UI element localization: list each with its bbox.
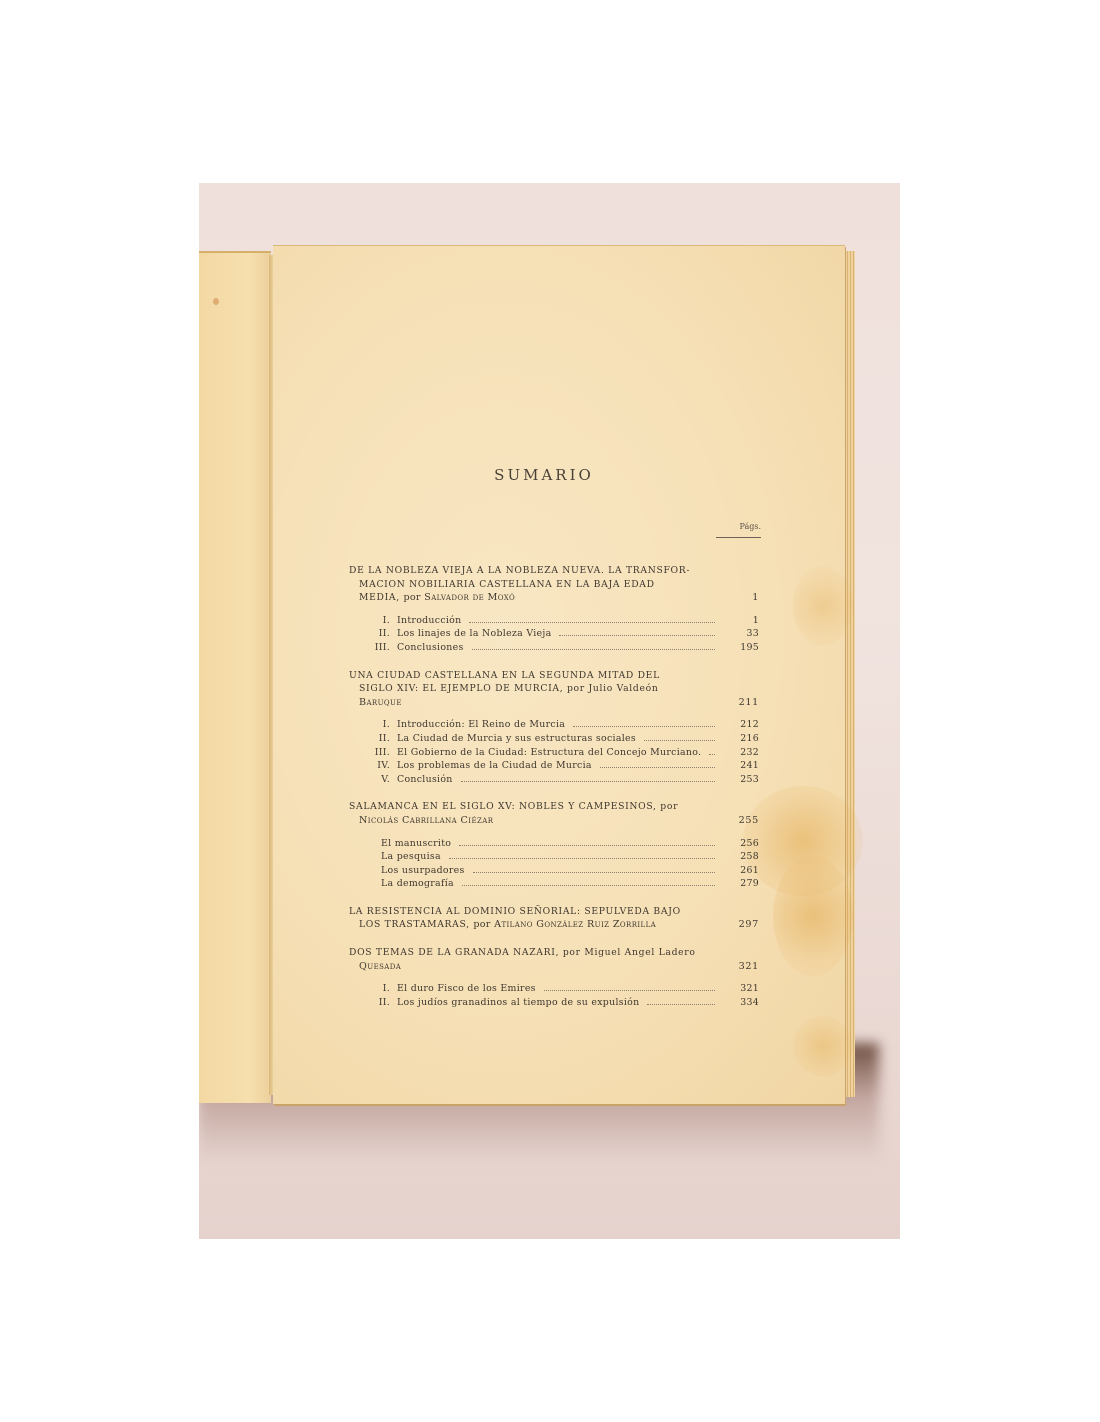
section-row: La demografía279 <box>349 877 759 891</box>
leader-dots <box>644 740 715 741</box>
pages-column-header: Págs. <box>716 522 761 538</box>
por-word: por <box>473 919 490 930</box>
stain-spot <box>213 298 219 305</box>
page-title: SUMARIO <box>329 466 759 484</box>
section-numeral: IV. <box>349 759 397 773</box>
section-numeral: II. <box>349 996 397 1010</box>
section-list: El manuscrito256La pesquisa258Los usurpa… <box>349 837 759 891</box>
por-word: por <box>404 592 421 603</box>
entry-last-line: LOS TRASTAMARAS, por Atilano González Ru… <box>349 918 715 932</box>
entry-title-line: LA RESISTENCIA AL DOMINIO SEÑORIAL: SEPU… <box>349 905 715 919</box>
section-page-number: 1 <box>723 614 759 628</box>
right-page: SUMARIO Págs. DE LA NOBLEZA VIEJA A LA N… <box>273 245 845 1104</box>
section-numeral: V. <box>349 773 397 787</box>
entry-last-line: Quesada <box>349 960 715 974</box>
section-row: I.Introducción: El Reino de Murcia212 <box>349 718 759 732</box>
section-page-number: 33 <box>723 627 759 641</box>
section-page-number: 232 <box>723 746 759 760</box>
section-row: I.El duro Fisco de los Emires321 <box>349 982 759 996</box>
entry-title-end: MEDIA, <box>359 592 400 603</box>
entry-title-line: MACION NOBILIARIA CASTELLANA EN LA BAJA … <box>349 578 715 592</box>
book-photo: SUMARIO Págs. DE LA NOBLEZA VIEJA A LA N… <box>199 183 900 1239</box>
section-title: La Ciudad de Murcia y sus estructuras so… <box>397 732 636 746</box>
entry-heading: UNA CIUDAD CASTELLANA EN LA SEGUNDA MITA… <box>349 669 759 710</box>
section-row: V.Conclusión253 <box>349 773 759 787</box>
section-page-number: 258 <box>723 850 759 864</box>
toc-entries: DE LA NOBLEZA VIEJA A LA NOBLEZA NUEVA. … <box>349 564 759 1023</box>
section-title: Los problemas de la Ciudad de Murcia <box>397 759 592 773</box>
entry-title-end: LOS TRASTAMARAS, <box>359 919 470 930</box>
page-edges <box>845 251 855 1097</box>
leader-dots <box>449 858 715 859</box>
section-page-number: 216 <box>723 732 759 746</box>
section-row: II.La Ciudad de Murcia y sus estructuras… <box>349 732 759 746</box>
entry-page-number: 321 <box>739 960 759 974</box>
entry-last-line: MEDIA, por Salvador de Moxó <box>349 591 715 605</box>
leader-dots <box>462 885 715 886</box>
section-row: I.Introducción1 <box>349 614 759 628</box>
section-page-number: 261 <box>723 864 759 878</box>
section-page-number: 241 <box>723 759 759 773</box>
section-numeral: I. <box>349 718 397 732</box>
leader-dots <box>469 622 715 623</box>
left-page <box>199 251 271 1103</box>
section-row: IV.Los problemas de la Ciudad de Murcia2… <box>349 759 759 773</box>
section-title: El Gobierno de la Ciudad: Estructura del… <box>397 746 701 760</box>
section-page-number: 256 <box>723 837 759 851</box>
section-title: Los judíos granadinos al tiempo de su ex… <box>397 996 639 1010</box>
entry-title-line: SALAMANCA EN EL SIGLO XV: NOBLES Y CAMPE… <box>349 800 715 814</box>
section-title: Los linajes de la Nobleza Vieja <box>397 627 551 641</box>
section-title: Los usurpadores <box>381 864 465 878</box>
toc-entry: UNA CIUDAD CASTELLANA EN LA SEGUNDA MITA… <box>349 669 759 787</box>
entry-author: Baruque <box>359 697 402 708</box>
leader-dots <box>573 726 715 727</box>
foxing-stain <box>793 1016 853 1076</box>
section-title: El duro Fisco de los Emires <box>397 982 536 996</box>
leader-dots <box>544 990 715 991</box>
section-title: El manuscrito <box>381 837 451 851</box>
section-numeral: II. <box>349 732 397 746</box>
section-title: La pesquisa <box>381 850 441 864</box>
section-page-number: 279 <box>723 877 759 891</box>
entry-heading: DE LA NOBLEZA VIEJA A LA NOBLEZA NUEVA. … <box>349 564 759 605</box>
entry-title-line: DOS TEMAS DE LA GRANADA NAZARI, por Migu… <box>349 946 715 960</box>
pages-rule <box>716 537 761 538</box>
pages-label: Págs. <box>716 522 761 531</box>
entry-page-number: 255 <box>739 814 759 828</box>
section-row: II.Los judíos granadinos al tiempo de su… <box>349 996 759 1010</box>
section-numeral: I. <box>349 982 397 996</box>
section-page-number: 321 <box>723 982 759 996</box>
leader-dots <box>647 1004 715 1005</box>
leader-dots <box>559 635 715 636</box>
entry-author: Salvador de Moxó <box>424 592 515 603</box>
section-list: I.El duro Fisco de los Emires321II.Los j… <box>349 982 759 1009</box>
leader-dots <box>461 781 715 782</box>
entry-last-line: Baruque <box>349 696 715 710</box>
leader-dots <box>600 767 715 768</box>
entry-heading: SALAMANCA EN EL SIGLO XV: NOBLES Y CAMPE… <box>349 800 759 827</box>
section-list: I.Introducción: El Reino de Murcia212II.… <box>349 718 759 786</box>
leader-dots <box>472 649 715 650</box>
section-title: Conclusiones <box>397 641 464 655</box>
leader-dots <box>473 872 715 873</box>
section-row: III.Conclusiones195 <box>349 641 759 655</box>
entry-last-line: Nicolás Cabrillana Ciézar <box>349 814 715 828</box>
entry-page-number: 297 <box>739 918 759 932</box>
section-numeral: III. <box>349 746 397 760</box>
entry-author: Nicolás Cabrillana Ciézar <box>359 815 493 826</box>
section-row: El manuscrito256 <box>349 837 759 851</box>
leader-dots <box>709 754 715 755</box>
section-row: III.El Gobierno de la Ciudad: Estructura… <box>349 746 759 760</box>
leader-dots <box>459 845 715 846</box>
section-title: Introducción: El Reino de Murcia <box>397 718 565 732</box>
entry-heading: DOS TEMAS DE LA GRANADA NAZARI, por Migu… <box>349 946 759 973</box>
toc-entry: LA RESISTENCIA AL DOMINIO SEÑORIAL: SEPU… <box>349 905 759 932</box>
entry-title-line: SIGLO XIV: EL EJEMPLO DE MURCIA, por Jul… <box>349 682 715 696</box>
foxing-stain <box>793 566 853 646</box>
table-of-contents: SUMARIO Págs. DE LA NOBLEZA VIEJA A LA N… <box>349 466 759 484</box>
section-page-number: 195 <box>723 641 759 655</box>
section-page-number: 212 <box>723 718 759 732</box>
section-numeral: III. <box>349 641 397 655</box>
section-row: La pesquisa258 <box>349 850 759 864</box>
toc-entry: DE LA NOBLEZA VIEJA A LA NOBLEZA NUEVA. … <box>349 564 759 655</box>
foxing-stain <box>773 856 853 976</box>
section-numeral: I. <box>349 614 397 628</box>
entry-author: Atilano González Ruiz Zorrilla <box>494 919 656 930</box>
section-page-number: 253 <box>723 773 759 787</box>
section-row: II.Los linajes de la Nobleza Vieja33 <box>349 627 759 641</box>
section-title: Conclusión <box>397 773 453 787</box>
section-list: I.Introducción1II.Los linajes de la Nobl… <box>349 614 759 655</box>
entry-page-number: 211 <box>739 696 759 710</box>
section-title: Introducción <box>397 614 461 628</box>
toc-entry: SALAMANCA EN EL SIGLO XV: NOBLES Y CAMPE… <box>349 800 759 891</box>
entry-title-line: DE LA NOBLEZA VIEJA A LA NOBLEZA NUEVA. … <box>349 564 715 578</box>
section-numeral: II. <box>349 627 397 641</box>
entry-page-number: 1 <box>752 591 759 605</box>
entry-title-line: UNA CIUDAD CASTELLANA EN LA SEGUNDA MITA… <box>349 669 715 683</box>
entry-heading: LA RESISTENCIA AL DOMINIO SEÑORIAL: SEPU… <box>349 905 759 932</box>
entry-author: Quesada <box>359 961 401 972</box>
section-row: Los usurpadores261 <box>349 864 759 878</box>
toc-entry: DOS TEMAS DE LA GRANADA NAZARI, por Migu… <box>349 946 759 1009</box>
section-title: La demografía <box>381 877 454 891</box>
section-page-number: 334 <box>723 996 759 1010</box>
